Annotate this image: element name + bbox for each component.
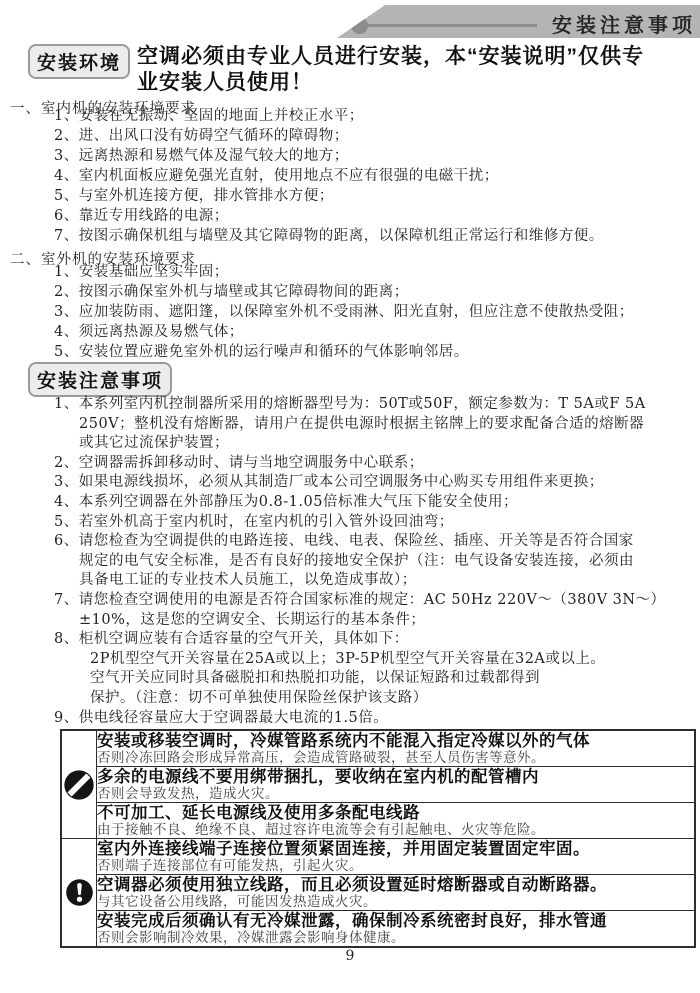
install-environment-badge: 安装环境 <box>28 44 130 79</box>
note-line: 或其它过流保护装置； <box>54 434 694 454</box>
table-row: 安装完成后须确认有无冷媒泄露，确保制冷系统密封良好，排水管通 否则会影响制冷效果… <box>61 911 695 948</box>
note-line: 6、请您检查为空调提供的电路连接、电线、电表、保险丝、插座、开关等是否符合国家 <box>54 532 694 552</box>
install-environment-header: 安装环境 空调必须由专业人员进行安装，本“安装说明”仅供专 业安装人员使用！ <box>28 44 644 96</box>
banner-rule <box>361 24 537 27</box>
warning-cell: 安装完成后须确认有无冷媒泄露，确保制冷系统密封良好，排水管通 否则会影响制冷效果… <box>97 911 696 948</box>
list-item: 3、应加装防雨、遮阳篷，以保障室外机不受雨淋、阳光直射，但应注意不使散热受阻； <box>54 302 634 322</box>
list-item: 6、靠近专用线路的电源； <box>54 206 604 226</box>
warning-desc: 否则会影响制冷效果，冷媒泄露会影响身体健康。 <box>97 931 694 946</box>
note-item: 7、请您检查空调使用的电源是否符合国家标准的规定：AC 50Hz 220V～（3… <box>54 591 694 630</box>
page-header-title: 安装注意事项 <box>552 9 696 38</box>
table-row: 多余的电源线不要用绑带捆扎，要收纳在室内机的配管槽内 否则会导致发热，造成火灾。 <box>61 767 695 803</box>
note-line: 3、如果电源线损坏，必须从其制造厂或本公司空调服务中心购买专用组件来更换； <box>54 473 694 493</box>
note-item: 2、空调器需拆卸移动时、请与当地空调服务中心联系； <box>54 454 694 474</box>
note-line: 5、若室外机高于室内机时，在室内机的引入管外设回油弯； <box>54 513 694 533</box>
warning-cell: 空调器必须使用独立线路，而且必须设置延时熔断器或自动断路器。 与其它设备公用线路… <box>97 875 696 911</box>
note-line: 9、供电线径容量应大于空调器最大电流的1.5倍。 <box>54 709 694 729</box>
note-line: 7、请您检查空调使用的电源是否符合国家标准的规定：AC 50Hz 220V～（3… <box>54 591 694 611</box>
note-line: 空气开关应同时具备磁脱扣和热脱扣功能，以保证短路和过载都得到 <box>54 669 694 689</box>
precaution-notes-list: 1、本系列室内机控制器所采用的熔断器型号为：50T或50F，额定参数为：T 5A… <box>54 395 694 728</box>
page-number: 9 <box>0 948 700 964</box>
warning-title: 安装或移装空调时，冷媒管路系统内不能混入指定冷媒以外的气体 <box>97 731 694 751</box>
list-item: 4、室内机面板应避免强光直射，使用地点不应有很强的电磁干扰； <box>54 166 604 186</box>
exclamation-icon <box>65 878 94 907</box>
list-item: 2、进、出风口没有妨碍空气循环的障碍物； <box>54 126 604 146</box>
prohibition-icon-cell <box>61 730 97 839</box>
page-header-banner: 安装注意事项 <box>337 5 700 38</box>
note-line: 规定的电气安全标准，是否有良好的接地安全保护（注：电气设备安装连接，必须由 <box>54 552 694 572</box>
indoor-unit-requirements-list: 1、安装在无振动、坚固的地面上并校正水平； 2、进、出风口没有妨碍空气循环的障碍… <box>54 106 604 246</box>
note-item: 9、供电线径容量应大于空调器最大电流的1.5倍。 <box>54 709 694 729</box>
list-item: 4、须远离热源及易燃气体； <box>54 322 634 342</box>
note-line: 1、本系列室内机控制器所采用的熔断器型号为：50T或50F，额定参数为：T 5A… <box>54 395 694 415</box>
list-item: 2、按图示确保室外机与墙壁或其它障碍物间的距离； <box>54 282 634 302</box>
list-item: 1、安装基础应坚实牢固； <box>54 262 634 282</box>
note-line: 8、柜机空调应装有合适容量的空气开关，具体如下： <box>54 630 694 650</box>
warning-cell: 室内外连接线端子连接位置须紧固连接，并用固定装置固定牢固。 否则端子连接部位有可… <box>97 839 696 875</box>
warning-desc: 由于接触不良、绝缘不良、超过容许电流等会有引起触电、火灾等危险。 <box>97 823 694 838</box>
note-line: 4、本系列空调器在外部静压为0.8-1.05倍标准大气压下能安全使用； <box>54 493 694 513</box>
list-item: 5、与室外机连接方便，排水管排水方便； <box>54 186 604 206</box>
list-item: 3、远离热源和易燃气体及湿气较大的地方； <box>54 146 604 166</box>
outdoor-unit-requirements-list: 1、安装基础应坚实牢固； 2、按图示确保室外机与墙壁或其它障碍物间的距离； 3、… <box>54 262 634 362</box>
note-line: 250V；整机没有熔断器，请用户在提供电源时根据主铭牌上的要求配备合适的熔断器 <box>54 415 694 435</box>
note-item: 6、请您检查为空调提供的电路连接、电线、电表、保险丝、插座、开关等是否符合国家 … <box>54 532 694 591</box>
notice-line: 业安装人员使用！ <box>137 70 644 96</box>
warning-title: 安装完成后须确认有无冷媒泄露，确保制冷系统密封良好，排水管通 <box>97 911 694 931</box>
warning-desc: 与其它设备公用线路，可能因发热造成火灾。 <box>97 895 694 910</box>
warning-title: 空调器必须使用独立线路，而且必须设置延时熔断器或自动断路器。 <box>97 875 694 895</box>
warning-cell: 不可加工、延长电源线及使用多条配电线路 由于接触不良、绝缘不良、超过容许电流等会… <box>97 803 696 839</box>
warning-desc: 否则会导致发热，造成火灾。 <box>97 787 694 802</box>
table-row: 不可加工、延长电源线及使用多条配电线路 由于接触不良、绝缘不良、超过容许电流等会… <box>61 803 695 839</box>
note-item: 5、若室外机高于室内机时，在室内机的引入管外设回油弯； <box>54 513 694 533</box>
note-item: 8、柜机空调应装有合适容量的空气开关，具体如下： 2P机型空气开关容量在25A或… <box>54 630 694 708</box>
list-item: 5、安装位置应避免室外机的运行噪声和循环的气体影响邻居。 <box>54 342 634 362</box>
list-item: 7、按图示确保机组与墙壁及其它障碍物的距离，以保障机组正常运行和维修方便。 <box>54 226 604 246</box>
note-line: ±10%，这是您的空调安全、长期运行的基本条件； <box>54 611 694 631</box>
notice-line: 空调必须由专业人员进行安装，本“安装说明”仅供专 <box>137 44 644 70</box>
note-item: 4、本系列空调器在外部静压为0.8-1.05倍标准大气压下能安全使用； <box>54 493 694 513</box>
table-row: 空调器必须使用独立线路，而且必须设置延时熔断器或自动断路器。 与其它设备公用线路… <box>61 875 695 911</box>
note-line: 保护。（注意：切不可单独使用保险丝保护该支路） <box>54 689 694 709</box>
warning-cell: 多余的电源线不要用绑带捆扎，要收纳在室内机的配管槽内 否则会导致发热，造成火灾。 <box>97 767 696 803</box>
table-row: 安装或移装空调时，冷媒管路系统内不能混入指定冷媒以外的气体 否则冷冻回路会形成异… <box>61 730 695 767</box>
professional-install-notice: 空调必须由专业人员进行安装，本“安装说明”仅供专 业安装人员使用！ <box>137 44 644 96</box>
warning-title: 多余的电源线不要用绑带捆扎，要收纳在室内机的配管槽内 <box>97 767 694 787</box>
note-line: 2、空调器需拆卸移动时、请与当地空调服务中心联系； <box>54 454 694 474</box>
table-row: 室内外连接线端子连接位置须紧固连接，并用固定装置固定牢固。 否则端子连接部位有可… <box>61 839 695 875</box>
warning-title: 不可加工、延长电源线及使用多条配电线路 <box>97 803 694 823</box>
warning-desc: 否则冷冻回路会形成异常高压，会造成管路破裂，甚至人员伤害等意外。 <box>97 751 694 766</box>
exclamation-icon-cell <box>61 839 97 948</box>
manual-page: 安装注意事项 安装环境 空调必须由专业人员进行安装，本“安装说明”仅供专 业安装… <box>0 0 700 993</box>
note-item: 1、本系列室内机控制器所采用的熔断器型号为：50T或50F，额定参数为：T 5A… <box>54 395 694 454</box>
warning-desc: 否则端子连接部位有可能发热，引起火灾。 <box>97 859 694 874</box>
install-precautions-badge: 安装注意事项 <box>28 362 172 397</box>
note-line: 具备电工证的专业技术人员施工，以免造成事故）； <box>54 571 694 591</box>
warning-cell: 安装或移装空调时，冷媒管路系统内不能混入指定冷媒以外的气体 否则冷冻回路会形成异… <box>97 730 696 767</box>
prohibition-icon <box>63 769 95 801</box>
list-item: 1、安装在无振动、坚固的地面上并校正水平； <box>54 106 604 126</box>
note-line: 2P机型空气开关容量在25A或以上；3P-5P机型空气开关容量在32A或以上。 <box>54 650 694 670</box>
note-item: 3、如果电源线损坏，必须从其制造厂或本公司空调服务中心购买专用组件来更换； <box>54 473 694 493</box>
warning-table: 安装或移装空调时，冷媒管路系统内不能混入指定冷媒以外的气体 否则冷冻回路会形成异… <box>60 729 696 948</box>
warning-title: 室内外连接线端子连接位置须紧固连接，并用固定装置固定牢固。 <box>97 839 694 859</box>
